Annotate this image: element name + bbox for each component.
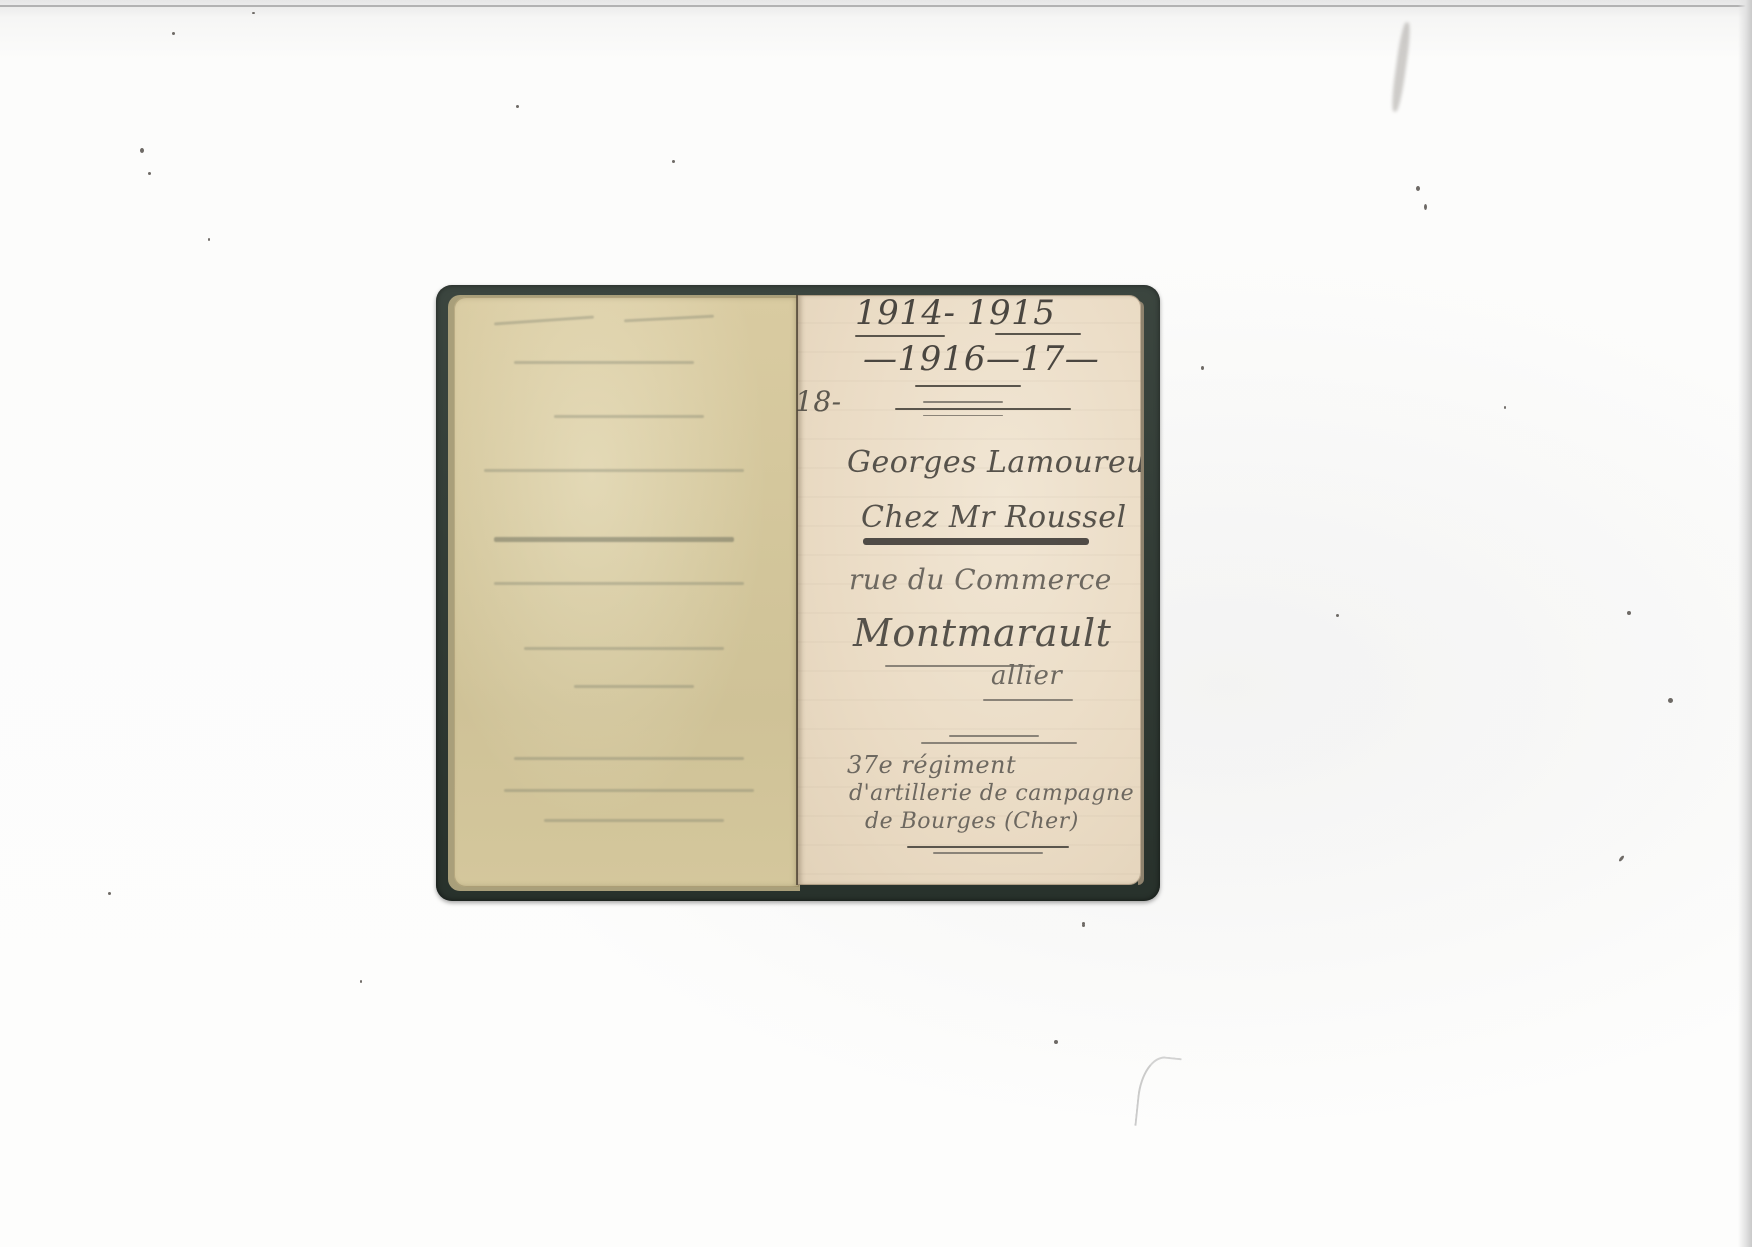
dust-speck xyxy=(1424,204,1427,210)
scan-right-shadow xyxy=(1738,0,1752,1247)
owner-name: Georges Lamoureux xyxy=(847,445,1141,480)
scan-top-edge xyxy=(0,5,1752,7)
separator-rule xyxy=(895,408,1071,410)
dust-speck xyxy=(360,980,362,983)
offset-mark xyxy=(574,685,694,688)
offset-mark xyxy=(494,537,734,542)
separator-rule xyxy=(921,742,1077,744)
dust-speck xyxy=(1627,611,1631,615)
notebook-gutter xyxy=(796,295,798,885)
years-line-3: 18- xyxy=(797,385,842,418)
dust-speck xyxy=(252,12,255,14)
dust-speck xyxy=(1082,924,1085,927)
offset-mark xyxy=(524,647,724,650)
offset-mark xyxy=(624,315,714,323)
offset-mark xyxy=(494,582,744,585)
underline xyxy=(995,333,1081,335)
dust-speck xyxy=(1336,614,1339,617)
town-line: Montmarault xyxy=(853,611,1111,655)
dust-speck xyxy=(108,892,111,895)
dust-speck xyxy=(1054,1040,1058,1044)
separator-rule xyxy=(923,415,1003,416)
dust-speck xyxy=(1504,406,1506,409)
dust-speck xyxy=(1668,698,1673,703)
heavy-underline xyxy=(863,538,1089,545)
dust-speck xyxy=(516,105,519,108)
open-notebook: 1914- 1915 —1916—17— 18- Georges Lamoure… xyxy=(436,285,1160,901)
separator-rule xyxy=(923,401,1003,403)
left-page xyxy=(454,297,799,887)
regiment-line-3: de Bourges (Cher) xyxy=(865,809,1079,834)
years-line-2: —1916—17— xyxy=(863,339,1099,379)
offset-mark xyxy=(494,316,594,326)
dust-speck xyxy=(172,32,175,35)
years-line-1: 1914- 1915 xyxy=(855,295,1055,333)
care-of-line: Chez Mr Roussel xyxy=(861,500,1127,535)
dust-speck xyxy=(672,160,675,163)
dust-speck xyxy=(140,148,144,153)
offset-mark xyxy=(554,415,704,418)
underline xyxy=(933,852,1043,854)
underline xyxy=(907,846,1069,848)
right-page: 1914- 1915 —1916—17— 18- Georges Lamoure… xyxy=(797,295,1141,885)
separator-rule xyxy=(949,735,1039,737)
underline xyxy=(915,385,1021,387)
offset-mark xyxy=(544,819,724,822)
underline xyxy=(983,699,1073,701)
street-line: rue du Commerce xyxy=(849,563,1112,596)
underline xyxy=(855,335,945,337)
offset-mark xyxy=(514,361,694,364)
dust-speck xyxy=(148,172,151,175)
offset-mark xyxy=(504,789,754,792)
regiment-line-1: 37e régiment xyxy=(847,751,1016,779)
regiment-line-2: d'artillerie de campagne xyxy=(849,781,1134,806)
offset-mark xyxy=(514,757,744,760)
offset-mark xyxy=(484,469,744,472)
dust-speck xyxy=(208,238,210,241)
dust-speck xyxy=(1416,186,1420,191)
dust-speck xyxy=(1201,366,1204,370)
department-line: allier xyxy=(991,661,1062,691)
